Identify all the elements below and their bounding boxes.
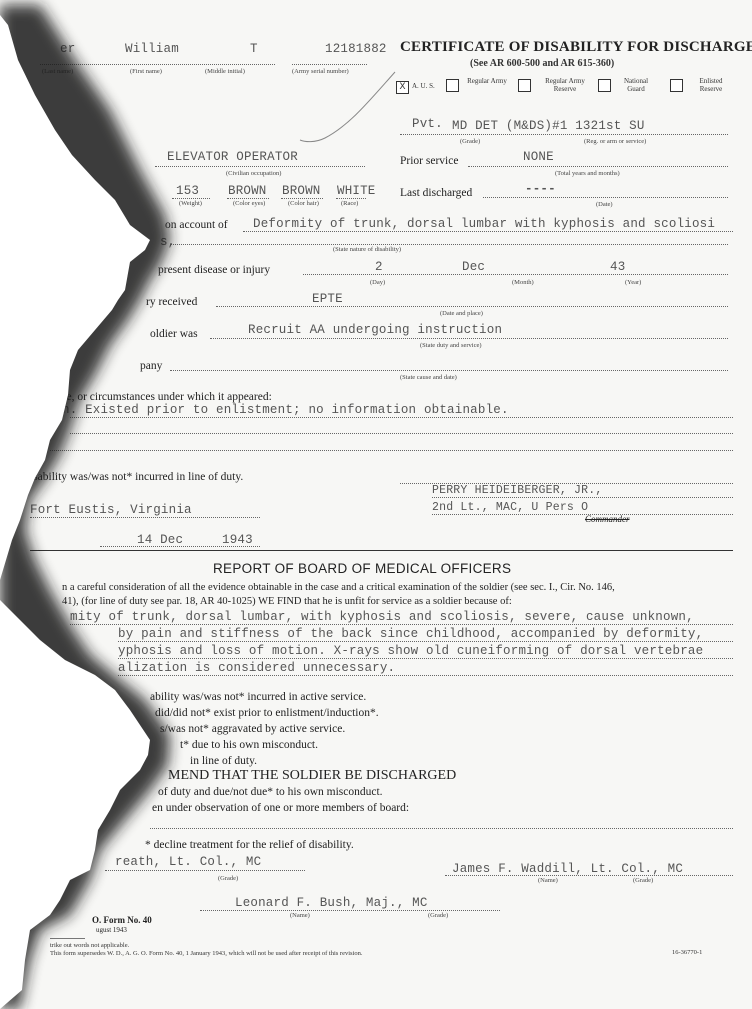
received-caption: (Date and place) [440, 310, 483, 317]
grade-unit-line [400, 134, 728, 135]
certificate-date-line [100, 546, 260, 547]
disability-nature-value: Deformity of trunk, dorsal lumbar with k… [253, 217, 715, 231]
eyes-line [227, 198, 269, 199]
on-account-label: on account of [165, 219, 228, 231]
disability-nature-caption: (State nature of disability) [333, 246, 401, 253]
footnote-supersedes: This form supersedes W. D., A. G. O. For… [50, 950, 363, 957]
board-member-2: James F. Waddill, Lt. Col., MC [452, 862, 683, 876]
board-member-3-name-caption: (Name) [290, 912, 310, 919]
unit-caption: (Reg. or arm or service) [584, 138, 646, 145]
finding-line-2: by pain and stiffness of the back since … [118, 627, 703, 641]
last-discharged-caption: (Date) [596, 201, 613, 208]
prior-service-line [468, 166, 728, 167]
pen-stroke-mark [290, 70, 400, 150]
occupation-caption: (Civilian occupation) [226, 170, 281, 177]
disability-nature-cont: s, [160, 235, 175, 249]
finding-line-4: alization is considered unnecessary. [118, 661, 395, 675]
commander-struck-word: Commander [585, 514, 630, 524]
occupation-line [155, 166, 365, 167]
soldier-was-line [210, 338, 728, 339]
certificate-date-value: 14 Dec [137, 533, 183, 547]
soldier-duty-caption: (State duty and service) [420, 342, 482, 349]
onset-day-value: 2 [375, 260, 383, 274]
circumstances-line-3 [50, 450, 733, 451]
last-name-value: er [60, 42, 75, 56]
print-code: 16-36770-1 [672, 949, 702, 956]
section-divider [30, 550, 733, 551]
onset-year-value: 43 [610, 260, 625, 274]
footnote-rule [50, 938, 85, 939]
company-label: pany [140, 360, 162, 372]
weight-caption: (Weight) [179, 200, 202, 207]
checkbox-enlisted-reserve-label: Enlisted Reserve [690, 77, 732, 93]
prior-service-caption: (Total years and months) [555, 170, 620, 177]
circumstances-value: n. Existed prior to enlistment; no infor… [62, 403, 509, 417]
grade-value: Pvt. [412, 117, 443, 131]
occupation-value: ELEVATOR OPERATOR [167, 150, 298, 164]
observation-rule [150, 828, 733, 829]
checkbox-national-guard-label: National Guard [615, 77, 657, 93]
last-name-caption: (Last name) [42, 68, 73, 75]
checkbox-aus[interactable]: X [396, 81, 409, 94]
company-caption: (State cause and date) [400, 374, 457, 381]
disability-line-2 [170, 244, 728, 245]
onset-year-caption: (Year) [625, 279, 641, 286]
received-label: ry received [146, 296, 197, 308]
statement-aggravated: s/was not* aggravated by active service. [160, 723, 345, 735]
received-line [216, 306, 728, 307]
present-disease-label: present disease or injury [158, 264, 270, 276]
received-value: EPTE [312, 292, 343, 306]
certificate-subtitle: (See AR 600-500 and AR 615-360) [470, 58, 614, 69]
checkbox-regular-army-reserve-label: Regular Army Reserve [535, 77, 595, 93]
checkbox-aus-label: A. U. S. [412, 82, 435, 90]
form-date: ugust 1943 [96, 926, 127, 934]
checkbox-enlisted-reserve[interactable] [670, 79, 683, 92]
eye-color-value: BROWN [228, 184, 267, 198]
prior-service-label: Prior service [400, 155, 458, 167]
form-number: O. Form No. 40 [92, 915, 152, 925]
station-place-line [30, 517, 260, 518]
report-intro-line-1: n a careful consideration of all the evi… [62, 582, 615, 593]
board-member-1-line [105, 870, 305, 871]
circumstances-line-1 [70, 417, 733, 418]
board-member-3: Leonard F. Bush, Maj., MC [235, 896, 428, 910]
footnote-strike: trike out words not applicable. [50, 942, 129, 949]
last-discharged-label: Last discharged [400, 187, 472, 199]
weight-value: 153 [176, 184, 199, 198]
present-disease-line [303, 274, 728, 275]
board-member-1-grade-caption: (Grade) [218, 875, 238, 882]
decline-treatment-statement: * decline treatment for the relief of di… [145, 839, 354, 851]
recommendation-line-1: of duty and due/not due* to his own misc… [158, 786, 383, 798]
report-title: REPORT OF BOARD OF MEDICAL OFFICERS [213, 561, 511, 576]
statement-line-of-duty: in line of duty. [190, 755, 257, 767]
last-discharged-line [483, 197, 728, 198]
board-member-1: reath, Lt. Col., MC [115, 855, 261, 869]
unit-value: MD DET (M&DS)#1 1321st SU [452, 119, 645, 133]
commander-title-line [432, 514, 733, 515]
soldier-duty-value: Recruit AA undergoing instruction [248, 323, 502, 337]
finding-rule-1 [70, 624, 733, 625]
board-member-3-grade-caption: (Grade) [428, 912, 448, 919]
prior-service-value: NONE [523, 150, 554, 164]
onset-month-value: Dec [462, 260, 485, 274]
station-place-value: Fort Eustis, Virginia [30, 503, 192, 517]
company-line [170, 370, 728, 371]
eyes-caption: (Color eyes) [233, 200, 265, 207]
disability-line-1 [243, 231, 733, 232]
recommendation-line-2: en under observation of one or more memb… [152, 802, 409, 814]
finding-rule-4 [118, 675, 733, 676]
first-name-value: William [125, 42, 179, 56]
last-discharged-value: ---- [525, 182, 556, 196]
onset-month-caption: (Month) [512, 279, 534, 286]
hair-line [281, 198, 323, 199]
checkbox-regular-army-reserve[interactable] [518, 79, 531, 92]
race-value: WHITE [337, 184, 376, 198]
commander-title: 2nd Lt., MAC, U Pers O [432, 501, 588, 514]
serial-line [292, 64, 367, 65]
commander-name-line [432, 497, 733, 498]
hair-color-value: BROWN [282, 184, 321, 198]
weight-line [172, 198, 210, 199]
statement-prior-enlistment: did/did not* exist prior to enlistment/i… [155, 707, 379, 719]
finding-rule-3 [118, 658, 733, 659]
finding-rule-2 [118, 641, 733, 642]
identity-line [40, 64, 275, 65]
checkbox-national-guard[interactable] [598, 79, 611, 92]
race-line [336, 198, 366, 199]
checkbox-regular-army[interactable] [446, 79, 459, 92]
board-member-2-name-caption: (Name) [538, 877, 558, 884]
certificate-year-value: 1943 [222, 533, 253, 547]
finding-line-1: mity of trunk, dorsal lumbar, with kypho… [70, 610, 694, 624]
race-caption: (Race) [341, 200, 358, 207]
onset-day-caption: (Day) [370, 279, 385, 286]
middle-initial-caption: (Middle initial) [205, 68, 245, 75]
recommendation-heading: MEND THAT THE SOLDIER BE DISCHARGED [168, 768, 456, 784]
board-member-3-line [200, 910, 500, 911]
statement-active-service: ability was/was not* incurred in active … [150, 691, 366, 703]
hair-caption: (Color hair) [288, 200, 319, 207]
finding-line-3: yphosis and loss of motion. X-rays show … [118, 644, 703, 658]
middle-initial-value: T [250, 42, 258, 56]
first-name-caption: (First name) [130, 68, 162, 75]
commander-name: PERRY HEIDEIBERGER, JR., [432, 484, 602, 497]
board-member-2-line [445, 875, 733, 876]
circumstances-line-2 [70, 433, 733, 434]
board-member-2-grade-caption: (Grade) [633, 877, 653, 884]
statement-misconduct: t* due to his own misconduct. [180, 739, 318, 751]
serial-number-value: 12181882 [325, 42, 387, 56]
report-intro-line-2: 41), (for line of duty see par. 18, AR 4… [62, 596, 512, 607]
line-of-duty-statement: isability was/was not* incurred in line … [30, 471, 243, 483]
soldier-was-label: oldier was [150, 328, 198, 340]
certificate-page: er William T 12181882 (Last name) (First… [0, 0, 752, 1009]
circumstances-label: se, or circumstances under which it appe… [62, 391, 272, 403]
grade-caption: (Grade) [460, 138, 480, 145]
certificate-title: CERTIFICATE OF DISABILITY FOR DISCHARGE [400, 39, 752, 56]
checkbox-regular-army-label: Regular Army [466, 77, 508, 85]
